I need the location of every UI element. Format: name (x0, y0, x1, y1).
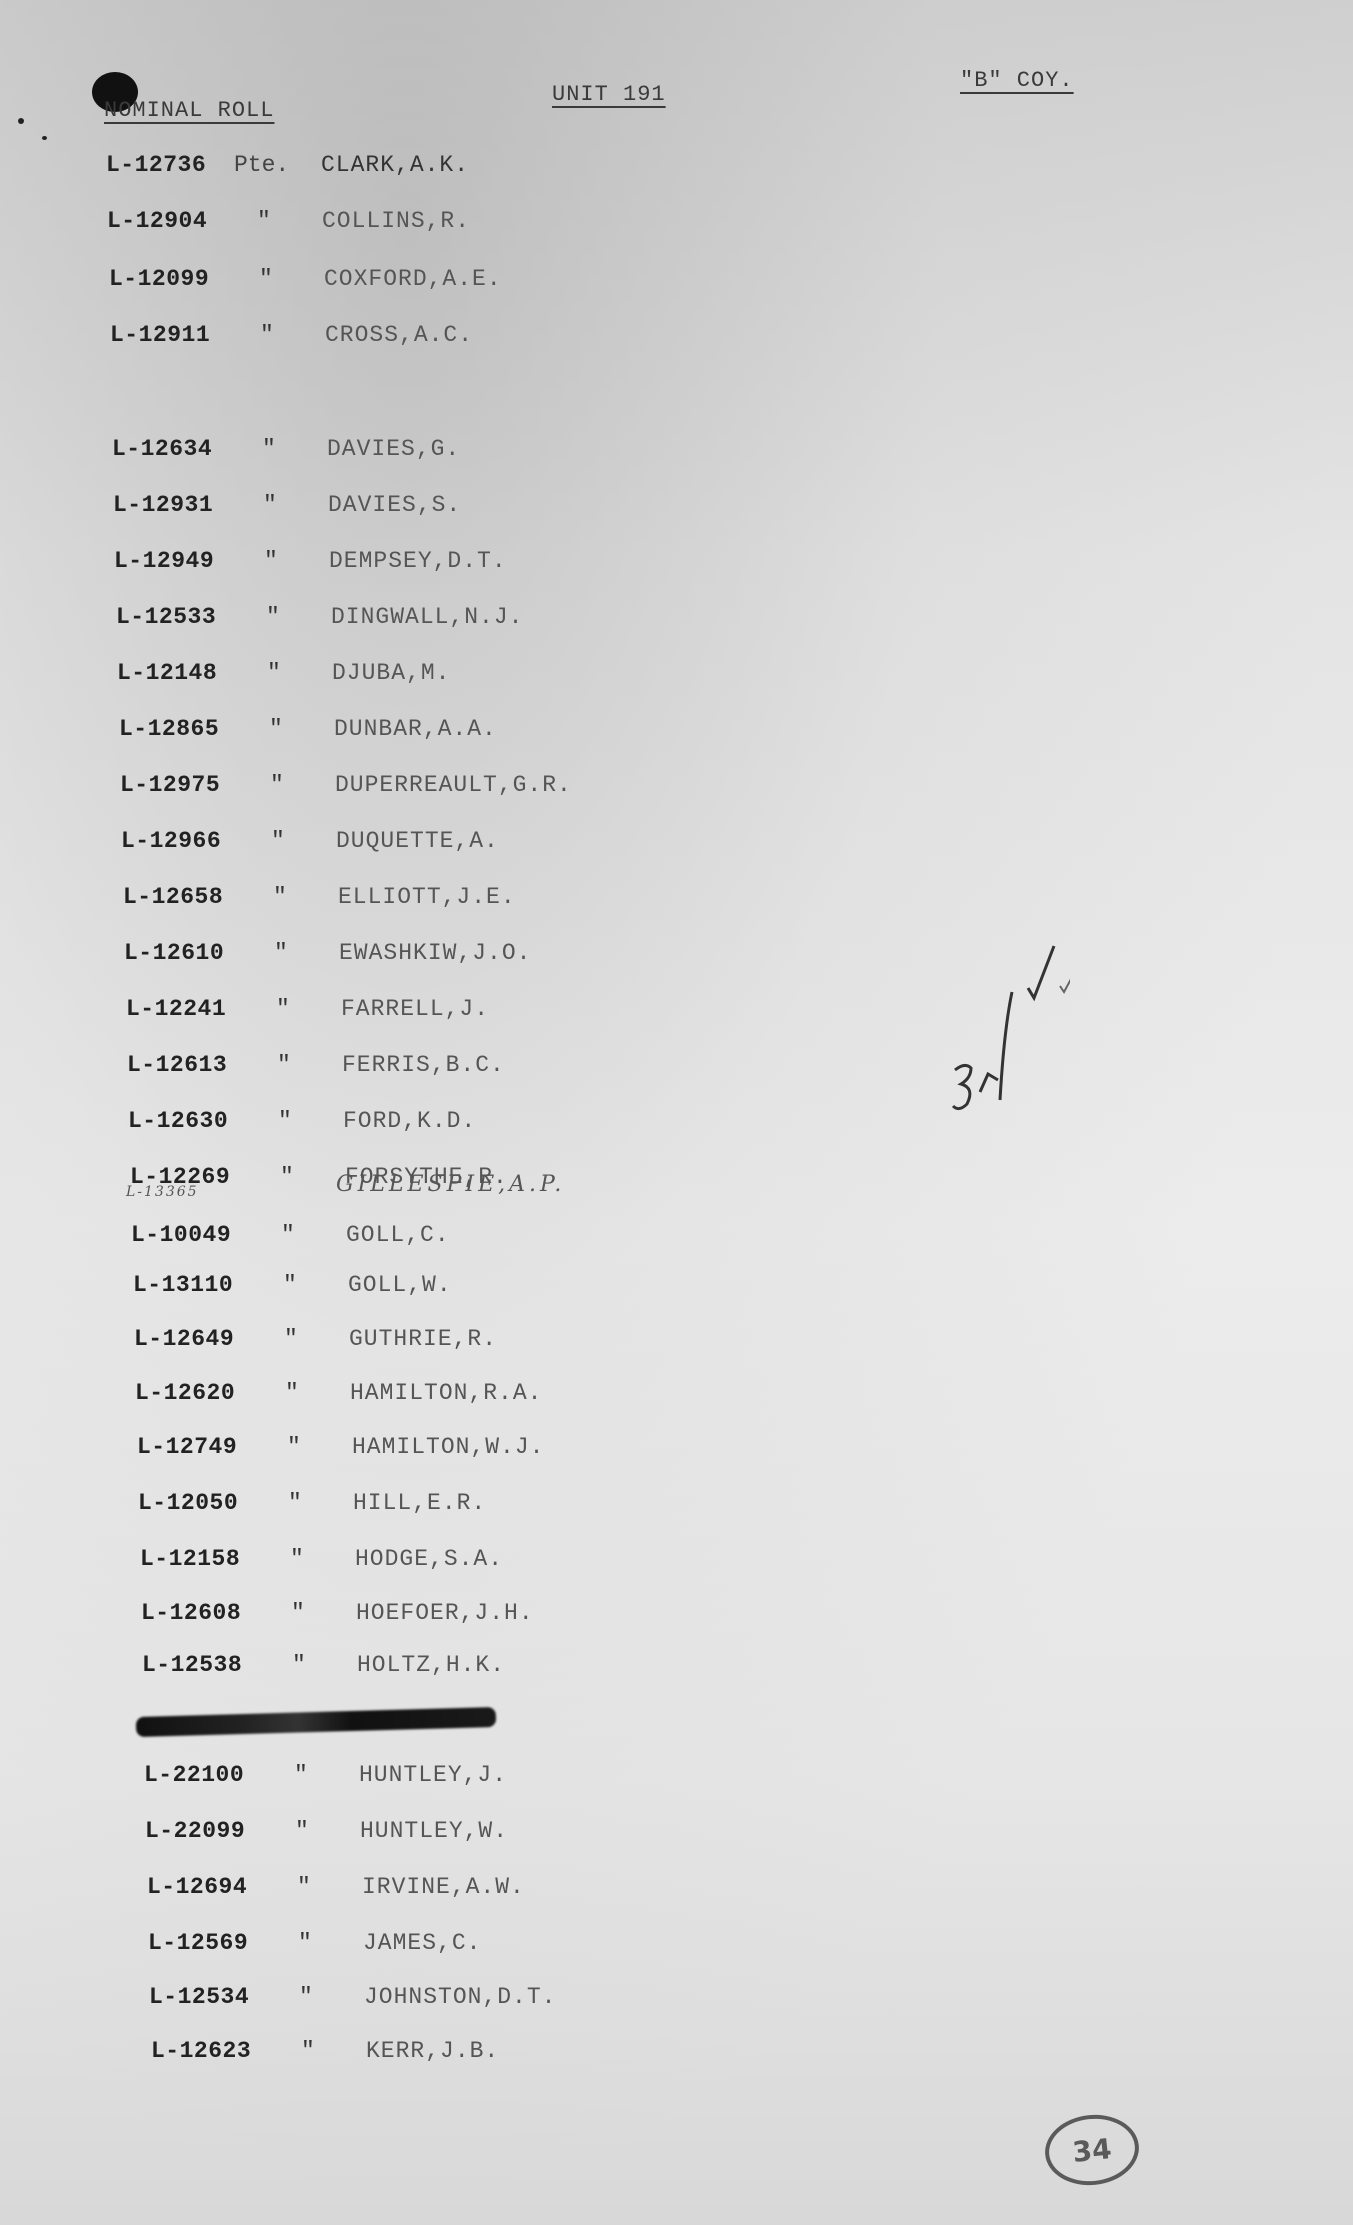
rank: " (288, 1490, 302, 1516)
service-number: L-12694 (147, 1874, 247, 1900)
soldier-name: FARRELL,J. (341, 996, 489, 1022)
service-number: L-12158 (140, 1546, 240, 1572)
rank: " (284, 1326, 298, 1352)
speck (18, 118, 24, 124)
service-number: L-12931 (113, 492, 213, 518)
service-number: L-12148 (117, 660, 217, 686)
service-number: L-12534 (149, 1984, 249, 2010)
service-number: L-12613 (127, 1052, 227, 1078)
soldier-name: CLARK,A.K. (321, 152, 469, 178)
rank: " (291, 1600, 305, 1626)
soldier-name: JOHNSTON,D.T. (364, 1984, 556, 2010)
unit-label: UNIT 191 (552, 82, 666, 107)
service-number: L-12630 (128, 1108, 228, 1134)
soldier-name: DINGWALL,N.J. (331, 604, 523, 630)
service-number: L-12911 (110, 322, 210, 348)
handwritten-name: GILLESPIE,A.P. (336, 1172, 565, 1197)
service-number: L-12533 (116, 604, 216, 630)
rank: " (299, 1984, 313, 2010)
rank: " (271, 828, 285, 854)
service-number: L-12620 (135, 1380, 235, 1406)
rank: " (262, 436, 276, 462)
soldier-name: DUNBAR,A.A. (334, 716, 497, 742)
rank: " (260, 322, 274, 348)
soldier-name: HOLTZ,H.K. (357, 1652, 505, 1678)
service-number: L-12865 (119, 716, 219, 742)
rank: " (270, 772, 284, 798)
soldier-name: DAVIES,S. (328, 492, 461, 518)
service-number: L-12649 (134, 1326, 234, 1352)
soldier-name: COXFORD,A.E. (324, 266, 502, 292)
rank: " (297, 1874, 311, 1900)
soldier-name: DAVIES,G. (327, 436, 460, 462)
service-number: L-12610 (124, 940, 224, 966)
rank: " (267, 660, 281, 686)
soldier-name: COLLINS,R. (322, 208, 470, 234)
scanned-page: NOMINAL ROLL UNIT 191 "B" COY. L-12736Pt… (0, 0, 1353, 2225)
service-number: L-12623 (151, 2038, 251, 2064)
speck (42, 136, 47, 140)
rank: " (290, 1546, 304, 1572)
rank: " (283, 1272, 297, 1298)
service-number: L-22100 (144, 1762, 244, 1788)
service-number: L-12569 (148, 1930, 248, 1956)
page-number-stamp: 34 (1042, 2110, 1143, 2189)
rank: " (263, 492, 277, 518)
rank: " (269, 716, 283, 742)
soldier-name: HUNTLEY,W. (360, 1818, 508, 1844)
service-number: L-13110 (133, 1272, 233, 1298)
soldier-name: GOLL,W. (348, 1272, 452, 1298)
rank: " (298, 1930, 312, 1956)
rank: " (276, 996, 290, 1022)
soldier-name: HOEFOER,J.H. (356, 1600, 534, 1626)
rank: " (277, 1052, 291, 1078)
soldier-name: FERRIS,B.C. (342, 1052, 505, 1078)
service-number: L-12736 (106, 152, 206, 178)
rank: " (280, 1164, 294, 1190)
service-number: L-12538 (142, 1652, 242, 1678)
service-number: L-12975 (120, 772, 220, 798)
rank: " (264, 548, 278, 574)
soldier-name: KERR,J.B. (366, 2038, 499, 2064)
soldier-name: DEMPSEY,D.T. (329, 548, 507, 574)
soldier-name: DUQUETTE,A. (336, 828, 499, 854)
rank: " (259, 266, 273, 292)
company-label: "B" COY. (960, 68, 1074, 93)
struck-out-entry (136, 1707, 496, 1737)
service-number: L-12634 (112, 436, 212, 462)
rank: " (278, 1108, 292, 1134)
soldier-name: HAMILTON,R.A. (350, 1380, 542, 1406)
rank: " (295, 1818, 309, 1844)
soldier-name: GOLL,C. (346, 1222, 450, 1248)
soldier-name: DUPERREAULT,G.R. (335, 772, 572, 798)
document-title: NOMINAL ROLL (104, 98, 274, 123)
soldier-name: HUNTLEY,J. (359, 1762, 507, 1788)
service-number: L-12608 (141, 1600, 241, 1626)
rank: " (292, 1652, 306, 1678)
service-number: L-12949 (114, 548, 214, 574)
service-number: L-12966 (121, 828, 221, 854)
service-number: L-22099 (145, 1818, 245, 1844)
service-number: L-12241 (126, 996, 226, 1022)
service-number: L-12099 (109, 266, 209, 292)
soldier-name: JAMES,C. (363, 1930, 481, 1956)
service-number: L-10049 (131, 1222, 231, 1248)
service-number: L-12904 (107, 208, 207, 234)
soldier-name: HAMILTON,W.J. (352, 1434, 544, 1460)
soldier-name: DJUBA,M. (332, 660, 450, 686)
service-number: L-12658 (123, 884, 223, 910)
rank: " (273, 884, 287, 910)
rank: " (274, 940, 288, 966)
rank: Pte. (234, 152, 289, 178)
rank: " (281, 1222, 295, 1248)
rank: " (287, 1434, 301, 1460)
rank: " (301, 2038, 315, 2064)
handwritten-tally-mark (900, 920, 1070, 1120)
soldier-name: FORD,K.D. (343, 1108, 476, 1134)
handwritten-number: L-13365 (126, 1184, 199, 1200)
soldier-name: GUTHRIE,R. (349, 1326, 497, 1352)
rank: " (266, 604, 280, 630)
soldier-name: IRVINE,A.W. (362, 1874, 525, 1900)
soldier-name: HODGE,S.A. (355, 1546, 503, 1572)
soldier-name: EWASHKIW,J.O. (339, 940, 531, 966)
soldier-name: CROSS,A.C. (325, 322, 473, 348)
soldier-name: ELLIOTT,J.E. (338, 884, 516, 910)
rank: " (294, 1762, 308, 1788)
service-number: L-12050 (138, 1490, 238, 1516)
rank: " (285, 1380, 299, 1406)
soldier-name: HILL,E.R. (353, 1490, 486, 1516)
service-number: L-12749 (137, 1434, 237, 1460)
rank: " (257, 208, 271, 234)
